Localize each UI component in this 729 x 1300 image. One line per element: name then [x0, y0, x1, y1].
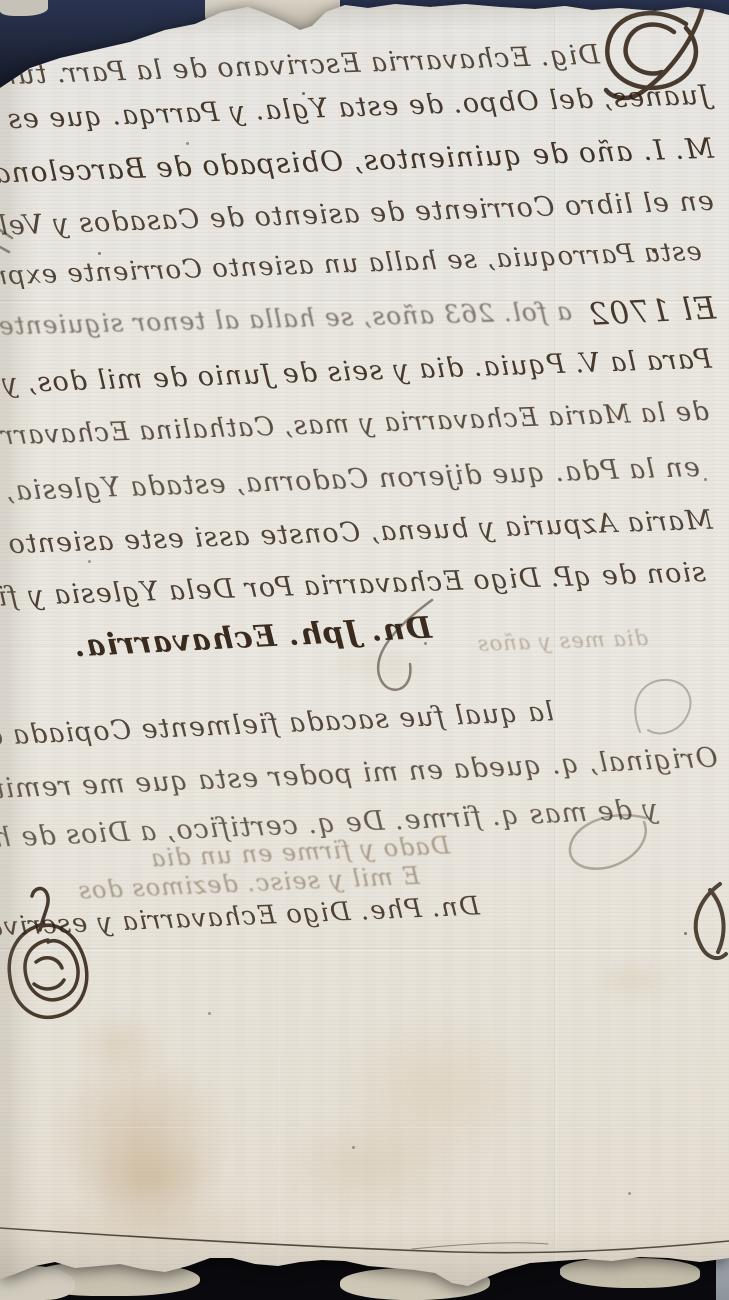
- ink-speck: [302, 92, 305, 95]
- ink-speck: [652, 248, 657, 253]
- ink-speck: [186, 142, 189, 145]
- ink-speck: [684, 932, 687, 935]
- ink-speck: [628, 1192, 631, 1195]
- ink-speck: [560, 62, 563, 65]
- ink-speck: [88, 560, 91, 563]
- photograph-of-manuscript: Dig. Echavarria Escrivano de la Parr. tu…: [0, 0, 729, 1300]
- manuscript-page: Dig. Echavarria Escrivano de la Parr. tu…: [0, 0, 729, 1300]
- specks-layer: [0, 0, 729, 1300]
- paper-wrap: Dig. Echavarria Escrivano de la Parr. tu…: [0, 0, 729, 1300]
- ink-speck: [98, 252, 101, 255]
- ink-speck: [352, 1146, 355, 1149]
- ink-speck: [208, 1012, 211, 1015]
- ink-speck: [424, 642, 427, 645]
- ink-speck: [704, 478, 707, 481]
